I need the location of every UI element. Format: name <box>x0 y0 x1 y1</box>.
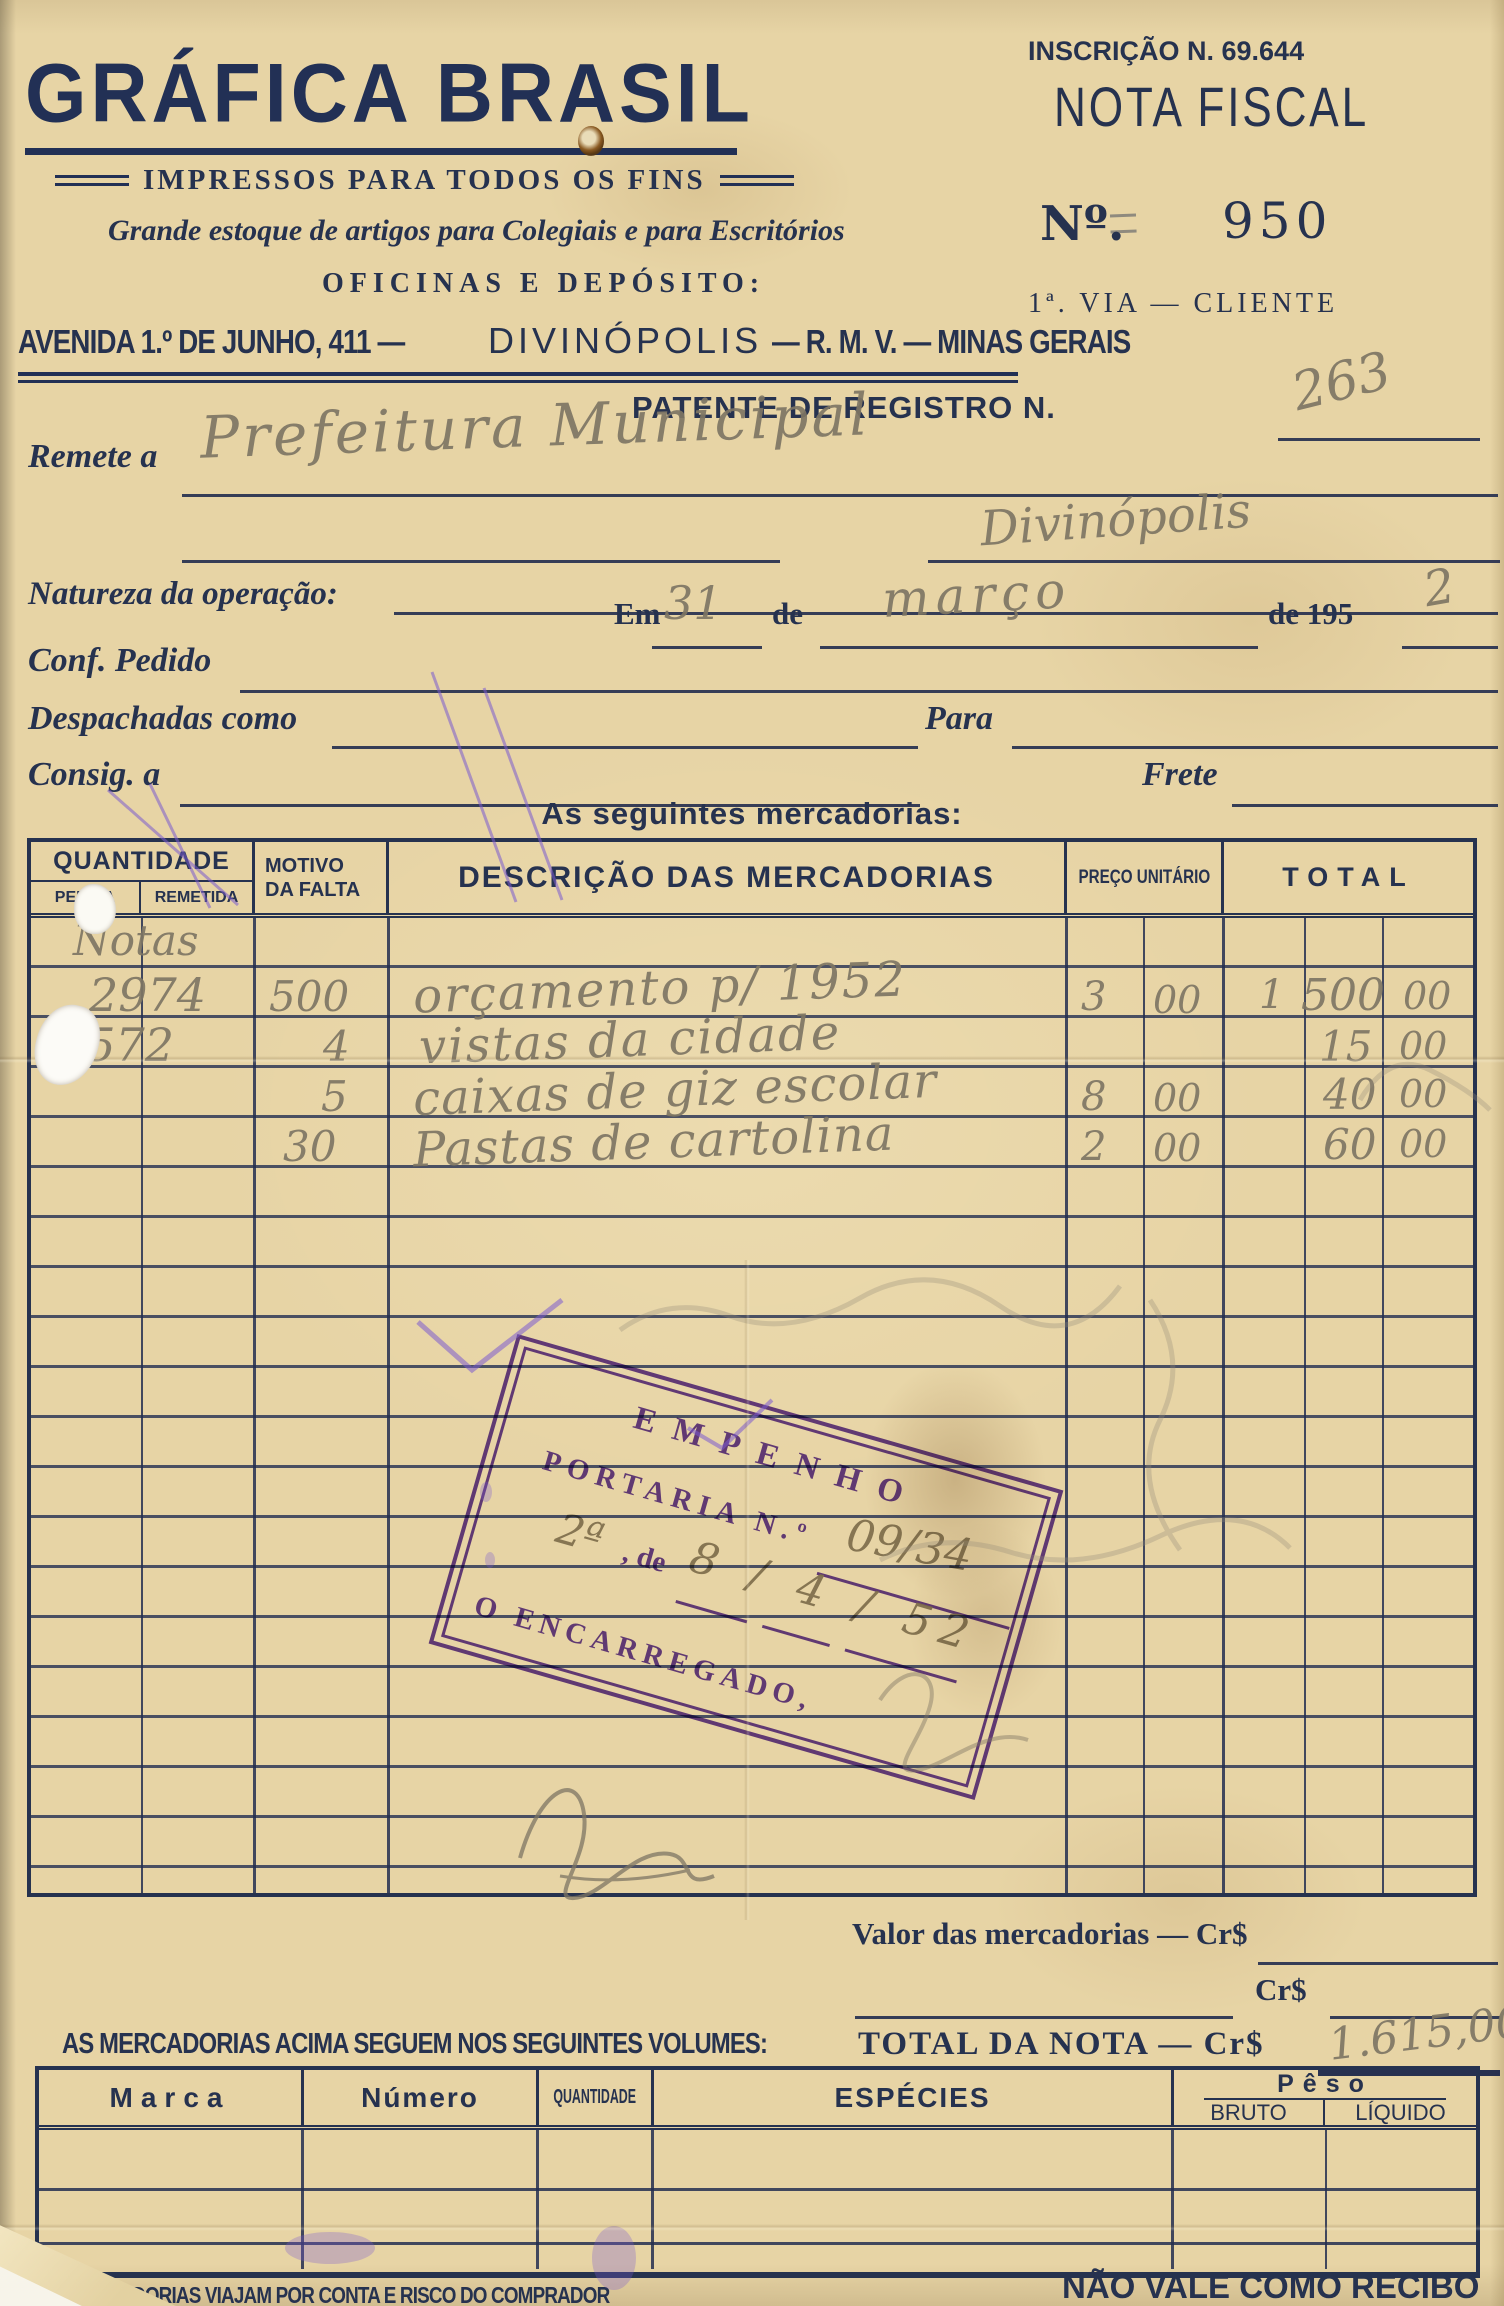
row-unit-price-handwritten: 8 <box>1081 1074 1106 1120</box>
order-confirmation-label: Conf. Pedido <box>28 642 211 680</box>
column-quantity: QUANTIDADE PEDIDA REMETIDA <box>31 842 255 913</box>
address-part3: — R. M. V. — MINAS GERAIS <box>772 323 1130 361</box>
weight-header-text: Pêso <box>1204 2070 1446 2100</box>
address-part1: AVENIDA 1.º DE JUNHO, 411 — <box>18 323 404 361</box>
goods-value-label: Valor das mercadorias — Cr$ <box>852 1916 1248 1952</box>
shortage-reason-line2: DA FALTA <box>265 878 386 902</box>
horizontal-fold-crease <box>0 2224 1504 2231</box>
row-total-thousands-handwritten: 1 <box>1259 972 1284 1018</box>
row-motivo-handwritten: 5 <box>321 1072 348 1121</box>
row-unit-price-cents-handwritten: 00 <box>1153 1126 1201 1170</box>
currency-label: Cr$ <box>1255 1972 1307 2008</box>
date-year-line <box>1402 646 1498 649</box>
goods-section-title: As seguintes mercadorias: <box>541 796 962 832</box>
column-description: DESCRIÇÃO DAS MERCADORIAS <box>389 842 1067 913</box>
volumes-species-header: ESPÉCIES <box>654 2070 1174 2125</box>
unit-price-header: PREÇO UNITÁRIO <box>1078 867 1210 889</box>
row-total-handwritten: 15 <box>1319 1022 1372 1071</box>
row-total-cents-handwritten: 00 <box>1403 974 1451 1018</box>
patent-value-handwritten: 263 <box>1286 341 1397 423</box>
divider-gross-net <box>1325 2130 1327 2269</box>
invoice-total-label: TOTAL DA NOTA — Cr$ <box>858 2026 1265 2063</box>
stamp-blank-line-2 <box>675 1600 747 1623</box>
row-motivo-handwritten: 30 <box>283 1122 336 1171</box>
divider-quantity-species <box>651 2130 654 2269</box>
goods-table: QUANTIDADE PEDIDA REMETIDA MOTIVO DA FAL… <box>27 838 1477 1897</box>
volumes-rule-1 <box>39 2188 1476 2191</box>
row-total-handwritten: 60 <box>1323 1120 1376 1169</box>
goods-value-blank-line <box>1258 1962 1498 1965</box>
volumes-number-header: Número <box>304 2070 539 2125</box>
row-total-handwritten: 500 <box>1301 970 1385 1021</box>
volumes-quantity-header: QUANTIDADE <box>539 2070 654 2125</box>
company-name: GRÁFICA BRASIL <box>25 44 754 142</box>
tagline-row: IMPRESSOS PARA TODOS OS FINS <box>55 164 794 197</box>
inscription-number: INSCRIÇÃO N. 69.644 <box>1028 36 1304 67</box>
row-motivo-handwritten: 4 <box>323 1022 350 1071</box>
divider-species-weight <box>1171 2130 1174 2269</box>
dispatched-as-line <box>332 746 918 749</box>
address-line: AVENIDA 1.º DE JUNHO, 411 — DIVINÓPOLIS … <box>18 320 1199 362</box>
stamp-blank-line-3 <box>762 1625 830 1647</box>
freight-line <box>1232 804 1498 807</box>
row-motivo-handwritten: 500 <box>269 972 349 1021</box>
divider-reason-description <box>387 918 390 1893</box>
column-unit-price: PREÇO UNITÁRIO <box>1067 842 1224 913</box>
net-weight-header: LÍQUIDO <box>1325 2100 1476 2126</box>
freight-label: Frete <box>1142 756 1218 794</box>
divider-number-quantity <box>536 2130 539 2269</box>
double-rule-right <box>720 175 794 186</box>
patent-blank-line <box>1278 438 1480 441</box>
office-label: OFICINAS E DEPÓSITO: <box>322 268 765 300</box>
divider-description-price <box>1065 918 1068 1893</box>
horizontal-fold-crease <box>0 1056 1504 1063</box>
volumes-brand-header: Marca <box>39 2070 304 2125</box>
date-day-line <box>652 646 762 649</box>
date-day-handwritten: 31 <box>664 576 723 630</box>
sender-blank-line <box>182 494 1498 497</box>
stamp-de-label: , de <box>619 1536 670 1580</box>
divider-price-total <box>1222 918 1225 1893</box>
double-rule-left <box>55 175 129 186</box>
stamp-prefix-handwritten: 2ª <box>551 1504 609 1564</box>
date-month-line <box>820 646 1258 649</box>
tagline-text: IMPRESSOS PARA TODOS OS FINS <box>143 164 706 197</box>
volumes-quantity-text: QUANTIDADE <box>554 2086 637 2109</box>
quantity-sent-header: REMETIDA <box>141 882 252 913</box>
row-total-cents-handwritten: 00 <box>1399 1072 1447 1116</box>
vertical-fold-crease <box>744 1260 750 1920</box>
row-unit-price-handwritten: 2 <box>1081 1124 1106 1170</box>
operation-nature-label: Natureza da operação: <box>28 576 338 613</box>
volumes-table-header: Marca Número QUANTIDADE ESPÉCIES Pêso BR… <box>39 2070 1476 2130</box>
quantity-header: QUANTIDADE <box>31 842 252 882</box>
row-unit-price-cents-handwritten: 00 <box>1153 978 1201 1022</box>
para-label: Para <box>925 700 993 738</box>
invoice-total-value-handwritten: 1.615,00 <box>1326 1996 1504 2070</box>
company-underline <box>25 148 737 155</box>
order-confirmation-line <box>240 690 1498 693</box>
sender-value-handwritten: Prefeitura Municipal <box>199 380 872 471</box>
row-unit-price-cents-handwritten: 00 <box>1153 1076 1201 1120</box>
copy-designation: 1ª. VIA — CLIENTE <box>1028 288 1338 320</box>
subtitle-text: Grande estoque de artigos para Colegiais… <box>108 214 845 248</box>
date-de-label: de <box>772 596 803 632</box>
shortage-reason-line1: MOTIVO <box>265 854 386 878</box>
column-shortage-reason: MOTIVO DA FALTA <box>255 842 389 913</box>
invoice-number-label: Nº. <box>1040 196 1125 252</box>
gross-weight-header: BRUTO <box>1174 2100 1325 2126</box>
row-total-cents-handwritten: 00 <box>1399 1122 1447 1166</box>
blank-line-2a <box>182 560 780 563</box>
goods-table-header: QUANTIDADE PEDIDA REMETIDA MOTIVO DA FAL… <box>31 842 1473 918</box>
second-amount-line-left <box>855 2016 1233 2019</box>
para-line <box>1012 746 1498 749</box>
divider-quantity-reason <box>253 918 256 1893</box>
date-year-handwritten: 2 <box>1419 558 1459 618</box>
row-total-handwritten: 40 <box>1323 1070 1376 1119</box>
torn-hole <box>74 884 116 934</box>
nota-fiscal-document: GRÁFICA BRASIL IMPRESSOS PARA TODOS OS F… <box>0 0 1504 2306</box>
divider-brand-number <box>301 2130 304 2269</box>
volumes-statement: AS MERCADORIAS ACIMA SEGUEM NOS SEGUINTE… <box>62 2028 767 2061</box>
date-year-prefix: de 195 <box>1268 596 1353 632</box>
row-unit-price-handwritten: 3 <box>1081 974 1106 1020</box>
column-total: TOTAL <box>1224 842 1473 913</box>
blank-line-2b <box>928 560 1500 563</box>
divider-total-cents <box>1382 918 1384 1893</box>
date-em-label: Em <box>614 596 661 632</box>
divider-price-cents <box>1143 918 1145 1893</box>
number-stamp-smudge <box>1110 214 1136 218</box>
document-type: NOTA FISCAL <box>1054 74 1369 139</box>
volumes-table: Marca Número QUANTIDADE ESPÉCIES Pêso BR… <box>35 2066 1480 2278</box>
volumes-rule-2 <box>39 2242 1476 2245</box>
divider-total-thousands <box>1304 918 1306 1893</box>
row-qty-handwritten: 2974 <box>89 968 206 1022</box>
volumes-table-body <box>39 2130 1476 2269</box>
dispatched-as-label: Despachadas como <box>28 700 297 738</box>
date-month-handwritten: março <box>881 561 1073 629</box>
footer-not-a-receipt: NÃO VALE COMO RECIBO <box>1062 2268 1479 2306</box>
address-part2: DIVINÓPOLIS <box>488 320 762 362</box>
invoice-number-value: 950 <box>1222 192 1332 250</box>
volumes-weight-header: Pêso BRUTO LÍQUIDO <box>1174 2070 1476 2125</box>
sender-label: Remete a <box>28 438 157 476</box>
consignee-label: Consig. a <box>28 756 160 794</box>
punch-hole <box>578 126 604 156</box>
